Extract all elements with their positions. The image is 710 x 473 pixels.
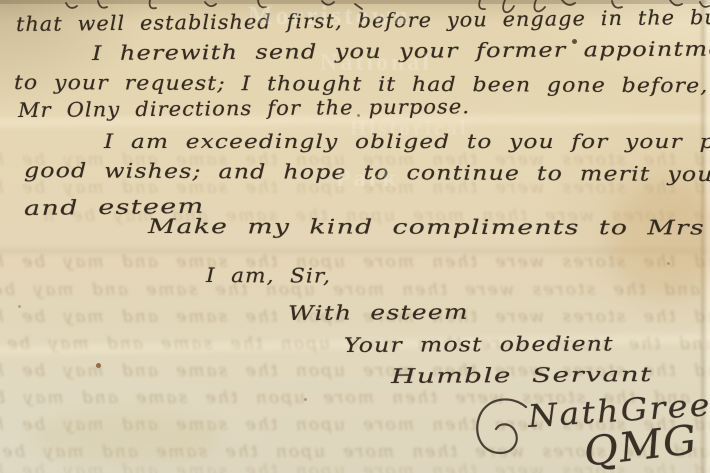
letter-line: to your request; I thought it had been g…: [14, 70, 710, 98]
letter-line: I am exceedingly obliged to you for your…: [104, 129, 710, 153]
letter-line: I herewith send you your former appointm…: [92, 35, 710, 65]
bleedthrough-line: and the stores were then more upon the s…: [0, 252, 710, 272]
stain-speck: [96, 363, 101, 368]
stain-speck: [304, 398, 307, 401]
stain-speck: [667, 262, 670, 265]
closing-line: With esteem: [288, 300, 469, 325]
bleedthrough-line: and the stores were then more upon the s…: [0, 280, 700, 300]
letter-line: Make my kind compliments to Mrs Furman.: [148, 214, 710, 240]
closing-line: I am, Sir,: [206, 263, 331, 288]
letter-line: Mr Olny directions for the purpose.: [18, 94, 470, 122]
stain-speck: [18, 305, 21, 308]
letter-photo: and the stores were then more upon the s…: [0, 0, 710, 473]
closing-line: Your most obedient: [344, 331, 614, 357]
closing-line: Humble Servant: [391, 362, 653, 388]
